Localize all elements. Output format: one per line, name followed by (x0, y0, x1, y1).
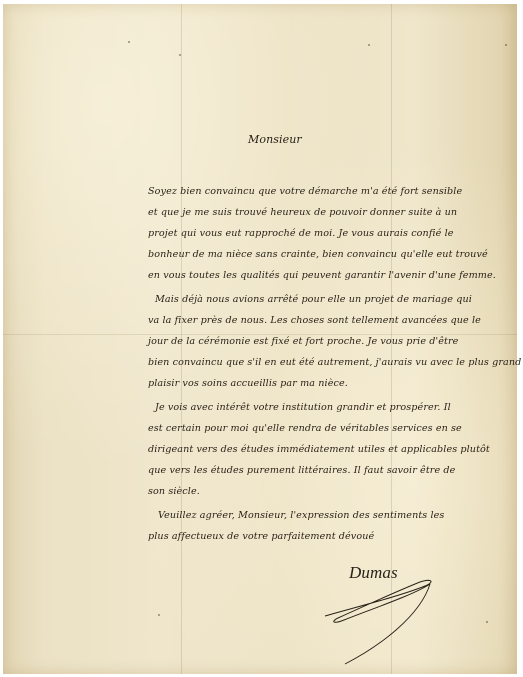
letter-line: Veuillez agréer, Monsieur, l'expression … (158, 510, 444, 521)
letter-line: est certain pour moi qu'elle rendra de v… (148, 423, 462, 434)
letter-line: jour de la cérémonie est fixé et fort pr… (148, 336, 458, 347)
letter-line: son siècle. (148, 486, 200, 497)
paper-spot (128, 41, 130, 43)
letter-line: Mais déjà nous avions arrêté pour elle u… (155, 294, 472, 305)
signature-flourish-icon (320, 576, 470, 666)
letter-line: en vous toutes les qualités qui peuvent … (148, 270, 496, 281)
letter-line: Soyez bien convaincu que votre démarche … (148, 186, 462, 197)
paper-spot (368, 44, 370, 46)
paper-spot (179, 54, 181, 56)
letter-line: va la fixer près de nous. Les choses son… (148, 315, 481, 326)
letter-line: et que je me suis trouvé heureux de pouv… (148, 207, 457, 218)
letter-line: bien convaincu que s'il en eut été autre… (148, 357, 521, 368)
paper-spot (158, 614, 160, 616)
paper-spot (505, 44, 507, 46)
letter-line: bonheur de ma nièce sans crainte, bien c… (148, 249, 488, 260)
letter-line: plus affectueux de votre parfaitement dé… (148, 531, 374, 542)
fold-crease (3, 334, 517, 335)
letter-line: projet qui vous eut rapproché de moi. Je… (148, 228, 454, 239)
paper-spot (486, 621, 488, 623)
letter-line: Je vois avec intérêt votre institution g… (155, 402, 451, 413)
letter-line: que vers les études purement littéraires… (148, 465, 455, 476)
letter-line: dirigeant vers des études immédiatement … (148, 444, 490, 455)
salutation: Monsieur (248, 133, 302, 146)
letter-line: plaisir vos soins accueillis par ma nièc… (148, 378, 348, 389)
